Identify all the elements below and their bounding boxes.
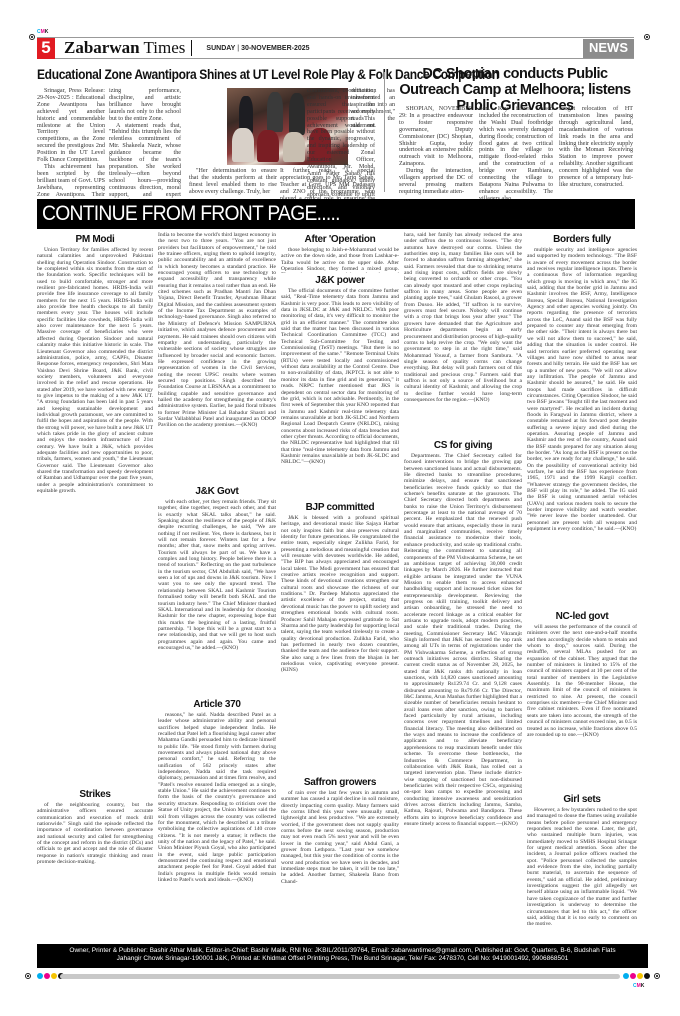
story-column: Srinagar, Press Release: 29-Nov-2025 : E… <box>37 88 105 205</box>
section-body: will assess the performance of the counc… <box>527 624 637 792</box>
story-column: commitment, coordination, and hands-on i… <box>307 88 375 212</box>
column-divider <box>384 72 385 192</box>
section-heading: Girl sets <box>527 794 637 805</box>
masthead: 5 Zabarwan Times SUNDAY | 30-NOVEMBER-20… <box>37 37 634 59</box>
section-heading: Saffron growers <box>281 777 399 788</box>
section-heading: Borders fully <box>527 234 637 245</box>
section-body: The official documents of the committee … <box>281 288 399 500</box>
section-heading: J&K Govt <box>158 486 276 497</box>
story-headline: Educational Zone Awantipora Shines at UT… <box>37 66 329 82</box>
section-body: multiple security and intelligence agenc… <box>527 247 637 609</box>
section-heading: BJP committed <box>281 502 399 513</box>
imprint-footer: Owner, Printer & Publisher: Bashir Athar… <box>37 944 648 968</box>
cmyk-label-bottom: CMK <box>633 983 644 989</box>
page-number: 5 <box>37 38 55 59</box>
registration-mark-bottom-left <box>25 973 31 979</box>
section-heading: CS for giving <box>404 440 522 451</box>
story-column: izing performance, discipline, and artis… <box>109 88 181 205</box>
section-heading: J&K power <box>281 275 399 286</box>
section-body: hara, said her family has already reduce… <box>404 232 522 438</box>
story-column: tion. Key issues raised included the rec… <box>479 106 553 203</box>
story-educational-zone: Educational Zone Awantipora Shines at UT… <box>37 66 377 82</box>
section-body: reasons," he said. Nadda described Patel… <box>158 712 276 883</box>
section-body: India to become the world's third larges… <box>158 232 276 484</box>
story-column: "Her determination to ensure that the st… <box>189 168 277 196</box>
section-heading: NC-led govt <box>527 611 637 622</box>
paper-name: Zabarwan Times <box>64 38 185 58</box>
imprint-line-2: Jahangir Chowk Srinagar-190001 J&K, Prin… <box>37 955 648 963</box>
registration-strip <box>60 974 620 979</box>
section-body: Union Territory for families affected by… <box>37 247 153 787</box>
section-heading: Strikes <box>37 789 153 800</box>
color-bar-right <box>623 973 650 979</box>
story-dc-shopian: DC Shopian conducts Public Outreach Camp… <box>395 66 635 114</box>
column-3: After 'Operation those belonging to Jais… <box>281 232 399 940</box>
registration-mark-bottom-right <box>654 973 660 979</box>
section-body: However, a few bystanders rushed to the … <box>527 807 637 928</box>
column-1: PM Modi Union Territory for families aff… <box>37 232 153 940</box>
section-heading: PM Modi <box>37 234 153 245</box>
section-heading: Article 370 <box>158 699 276 710</box>
registration-mark-top-right <box>644 34 650 40</box>
section-body: of the neighbouring country, but the adm… <box>37 802 153 865</box>
section-body: of rain over the last few years in autum… <box>281 790 399 885</box>
section-heading: After 'Operation <box>281 234 399 245</box>
section-tag-news: NEWS <box>583 39 634 58</box>
section-body: Departments. The Chief Secretary called … <box>404 453 522 827</box>
column-2: India to become the world's third larges… <box>158 232 276 940</box>
column-4: hara, said her family has already reduce… <box>404 232 522 940</box>
masthead-separator <box>191 40 192 56</box>
issue-date: SUNDAY | 30-NOVEMBER-2025 <box>206 45 309 52</box>
imprint-line-1: Owner, Printer & Publisher: Bashir Athar… <box>37 947 648 955</box>
section-body: J&K is blessed with a profound spiritual… <box>281 515 399 775</box>
registration-mark-top-left <box>29 34 35 40</box>
story-column: sought relocation of HT transmission lin… <box>559 106 633 189</box>
column-5: Borders fully multiple security and inte… <box>527 232 637 940</box>
continue-from-front-page-banner: CONTINUE FROM FRONT PAGE..... <box>37 199 635 229</box>
story-column: SHOPIAN, NOVEMBER 29: In a proactive end… <box>399 106 473 196</box>
section-body: those belonging to Jaish-e-Mohammad woul… <box>281 247 399 273</box>
cmyk-label-top: CMK <box>37 29 48 35</box>
section-body: with each other, yet they remain friends… <box>158 499 276 697</box>
